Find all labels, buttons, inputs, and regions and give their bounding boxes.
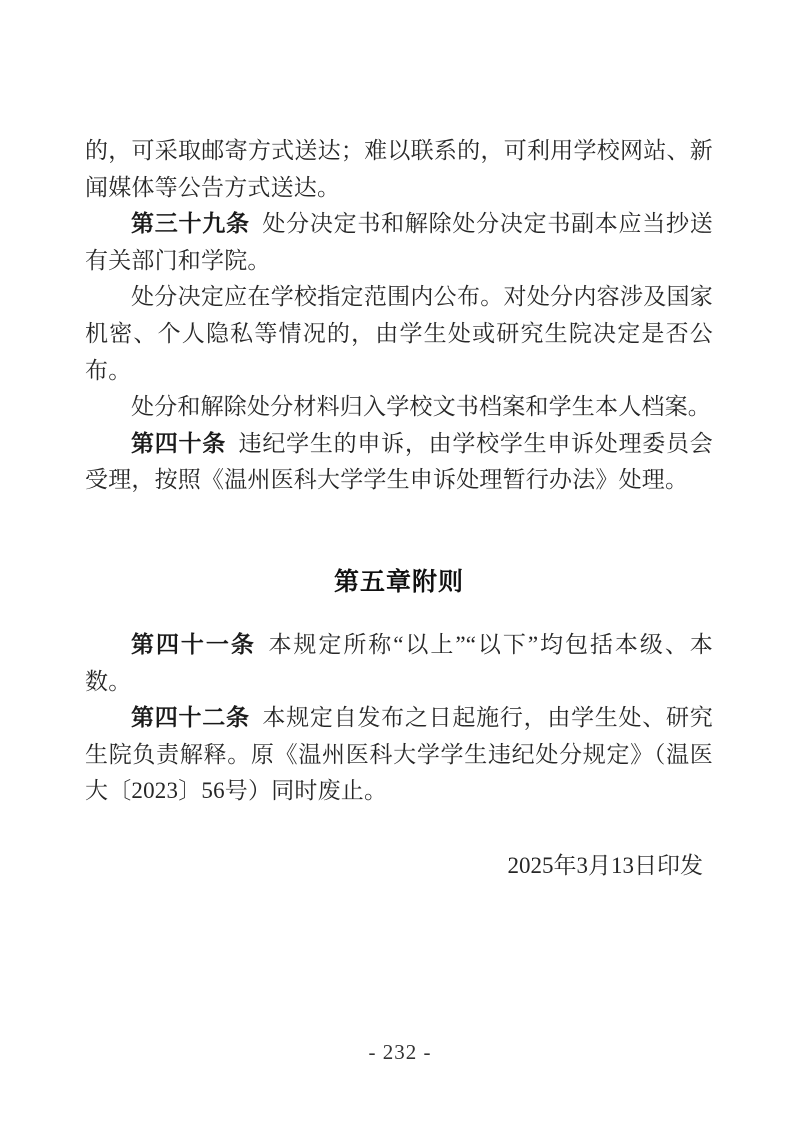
article-number: 第三十九条: [131, 211, 250, 236]
chapter-heading: 第五章附则: [85, 568, 713, 596]
paragraph-text: 处分和解除处分材料归入学校文书档案和学生本人档案。: [131, 394, 711, 419]
body-paragraph: 第三十九条处分决定书和解除处分决定书副本应当抄送有关部门和学院。: [85, 206, 713, 279]
paragraph-text: 处分决定应在学校指定范围内公布。对处分内容涉及国家机密、个人隐私等情况的，由学生…: [85, 284, 713, 382]
body-paragraph: 第四十一条本规定所称“以上”“以下”均包括本级、本数。: [85, 627, 713, 700]
article-number: 第四十二条: [131, 705, 250, 730]
body-paragraph: 第四十二条本规定自发布之日起施行，由学生处、研究生院负责解释。原《温州医科大学学…: [85, 700, 713, 810]
document-page: 的，可采取邮寄方式送达；难以联系的，可利用学校网站、新闻媒体等公告方式送达。 第…: [0, 0, 800, 1131]
page-content: 的，可采取邮寄方式送达；难以联系的，可利用学校网站、新闻媒体等公告方式送达。 第…: [0, 0, 800, 881]
article-number: 第四十条: [131, 431, 226, 456]
body-paragraph: 处分决定应在学校指定范围内公布。对处分内容涉及国家机密、个人隐私等情况的，由学生…: [85, 279, 713, 389]
body-paragraph: 第四十条违纪学生的申诉，由学校学生申诉处理委员会受理，按照《温州医科大学学生申诉…: [85, 426, 713, 499]
article-number: 第四十一条: [131, 632, 256, 657]
paragraph-text: 的，可采取邮寄方式送达；难以联系的，可利用学校网站、新闻媒体等公告方式送达。: [85, 138, 713, 200]
page-number: - 232 -: [0, 1040, 800, 1065]
issue-date-line: 2025年3月13日印发: [85, 851, 713, 881]
body-paragraph: 处分和解除处分材料归入学校文书档案和学生本人档案。: [85, 389, 713, 426]
body-paragraph: 的，可采取邮寄方式送达；难以联系的，可利用学校网站、新闻媒体等公告方式送达。: [85, 133, 713, 206]
